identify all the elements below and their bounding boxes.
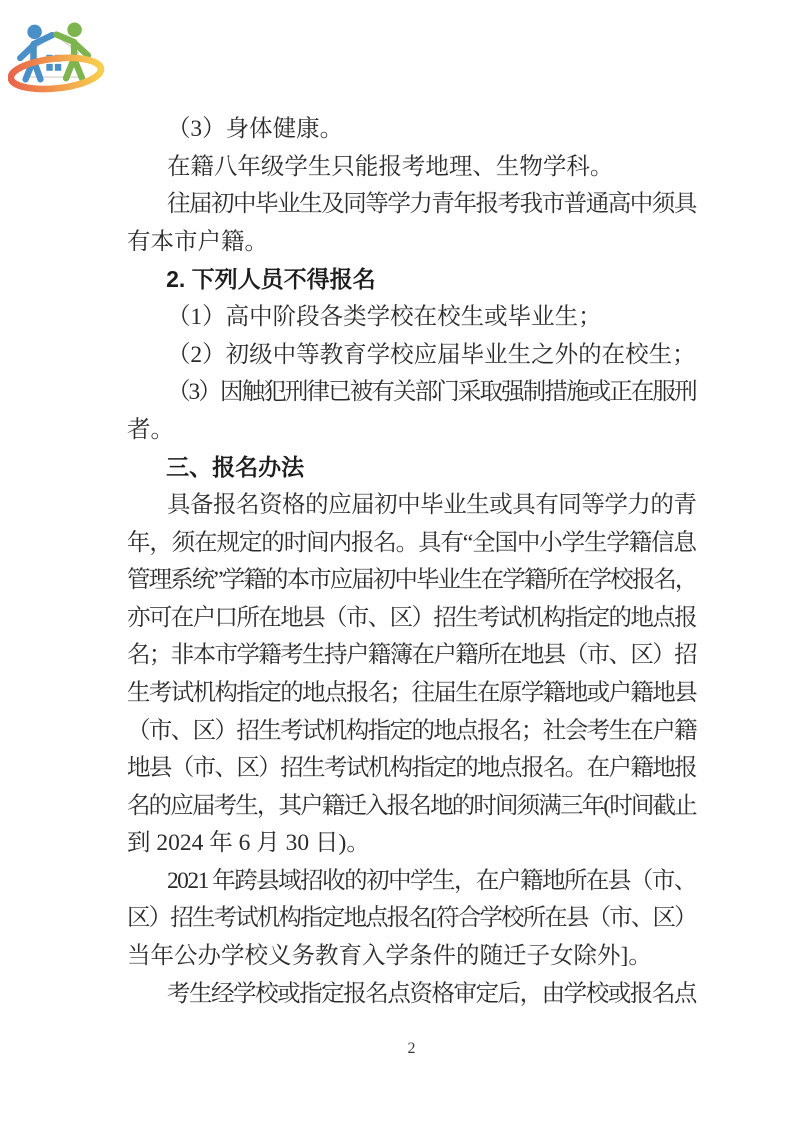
text-line: 名的应届考生，其户籍迁入报名地的时间须满三年(时间截止	[127, 788, 696, 826]
page-number: 2	[127, 1038, 696, 1060]
text-line: 当年公办学校义务教育入学条件的随迁子女除外]。	[127, 938, 696, 976]
subsection-heading: 2. 下列人员不得报名	[127, 261, 696, 299]
text-line: 有本市户籍。	[127, 224, 696, 262]
text-line: 者。	[127, 412, 696, 450]
family-house-logo	[8, 20, 106, 96]
text-line: 地县（市、区）招生考试机构指定的地点报名。在户籍地报	[127, 750, 696, 788]
text-line: 考生经学校或指定报名点资格审定后，由学校或报名点	[127, 976, 696, 1014]
text-line: 管理系统”学籍的本市应届初中毕业生在学籍所在学校报名，	[127, 562, 696, 600]
text-line: 2021 年跨县域招收的初中学生，在户籍地所在县（市、	[127, 863, 696, 901]
text-line: （2）初级中等教育学校应届毕业生之外的在校生；	[127, 337, 696, 375]
text-line: 亦可在户口所在地县（市、区）招生考试机构指定的地点报	[127, 600, 696, 638]
text-line: 往届初中毕业生及同等学力青年报考我市普通高中须具	[127, 186, 696, 224]
text-line: 名；非本市学籍考生持户籍簿在户籍所在地县（市、区）招	[127, 637, 696, 675]
text-line: （3）因触犯刑律已被有关部门采取强制措施或正在服刑	[127, 374, 696, 412]
text-line: 到 2024 年 6 月 30 日)。	[127, 825, 696, 863]
document-page: （3）身体健康。 在籍八年级学生只能报考地理、生物学科。 往届初中毕业生及同等学…	[0, 0, 800, 1130]
text-line: 具备报名资格的应届初中毕业生或具有同等学力的青	[127, 487, 696, 525]
text-line: （1）高中阶段各类学校在校生或毕业生；	[127, 299, 696, 337]
text-line: 在籍八年级学生只能报考地理、生物学科。	[127, 149, 696, 187]
document-body: （3）身体健康。 在籍八年级学生只能报考地理、生物学科。 往届初中毕业生及同等学…	[127, 111, 696, 1013]
text-line: 区）招生考试机构指定地点报名[符合学校所在县（市、区）	[127, 900, 696, 938]
family-house-logo-svg	[8, 20, 106, 96]
text-line: （市、区）招生考试机构指定的地点报名；社会考生在户籍	[127, 713, 696, 751]
text-line: 生考试机构指定的地点报名；往届生在原学籍地或户籍地县	[127, 675, 696, 713]
text-line: （3）身体健康。	[127, 111, 696, 149]
section-heading: 三、报名办法	[127, 449, 696, 487]
text-line: 年，须在规定的时间内报名。具有“全国中小学生学籍信息	[127, 525, 696, 563]
